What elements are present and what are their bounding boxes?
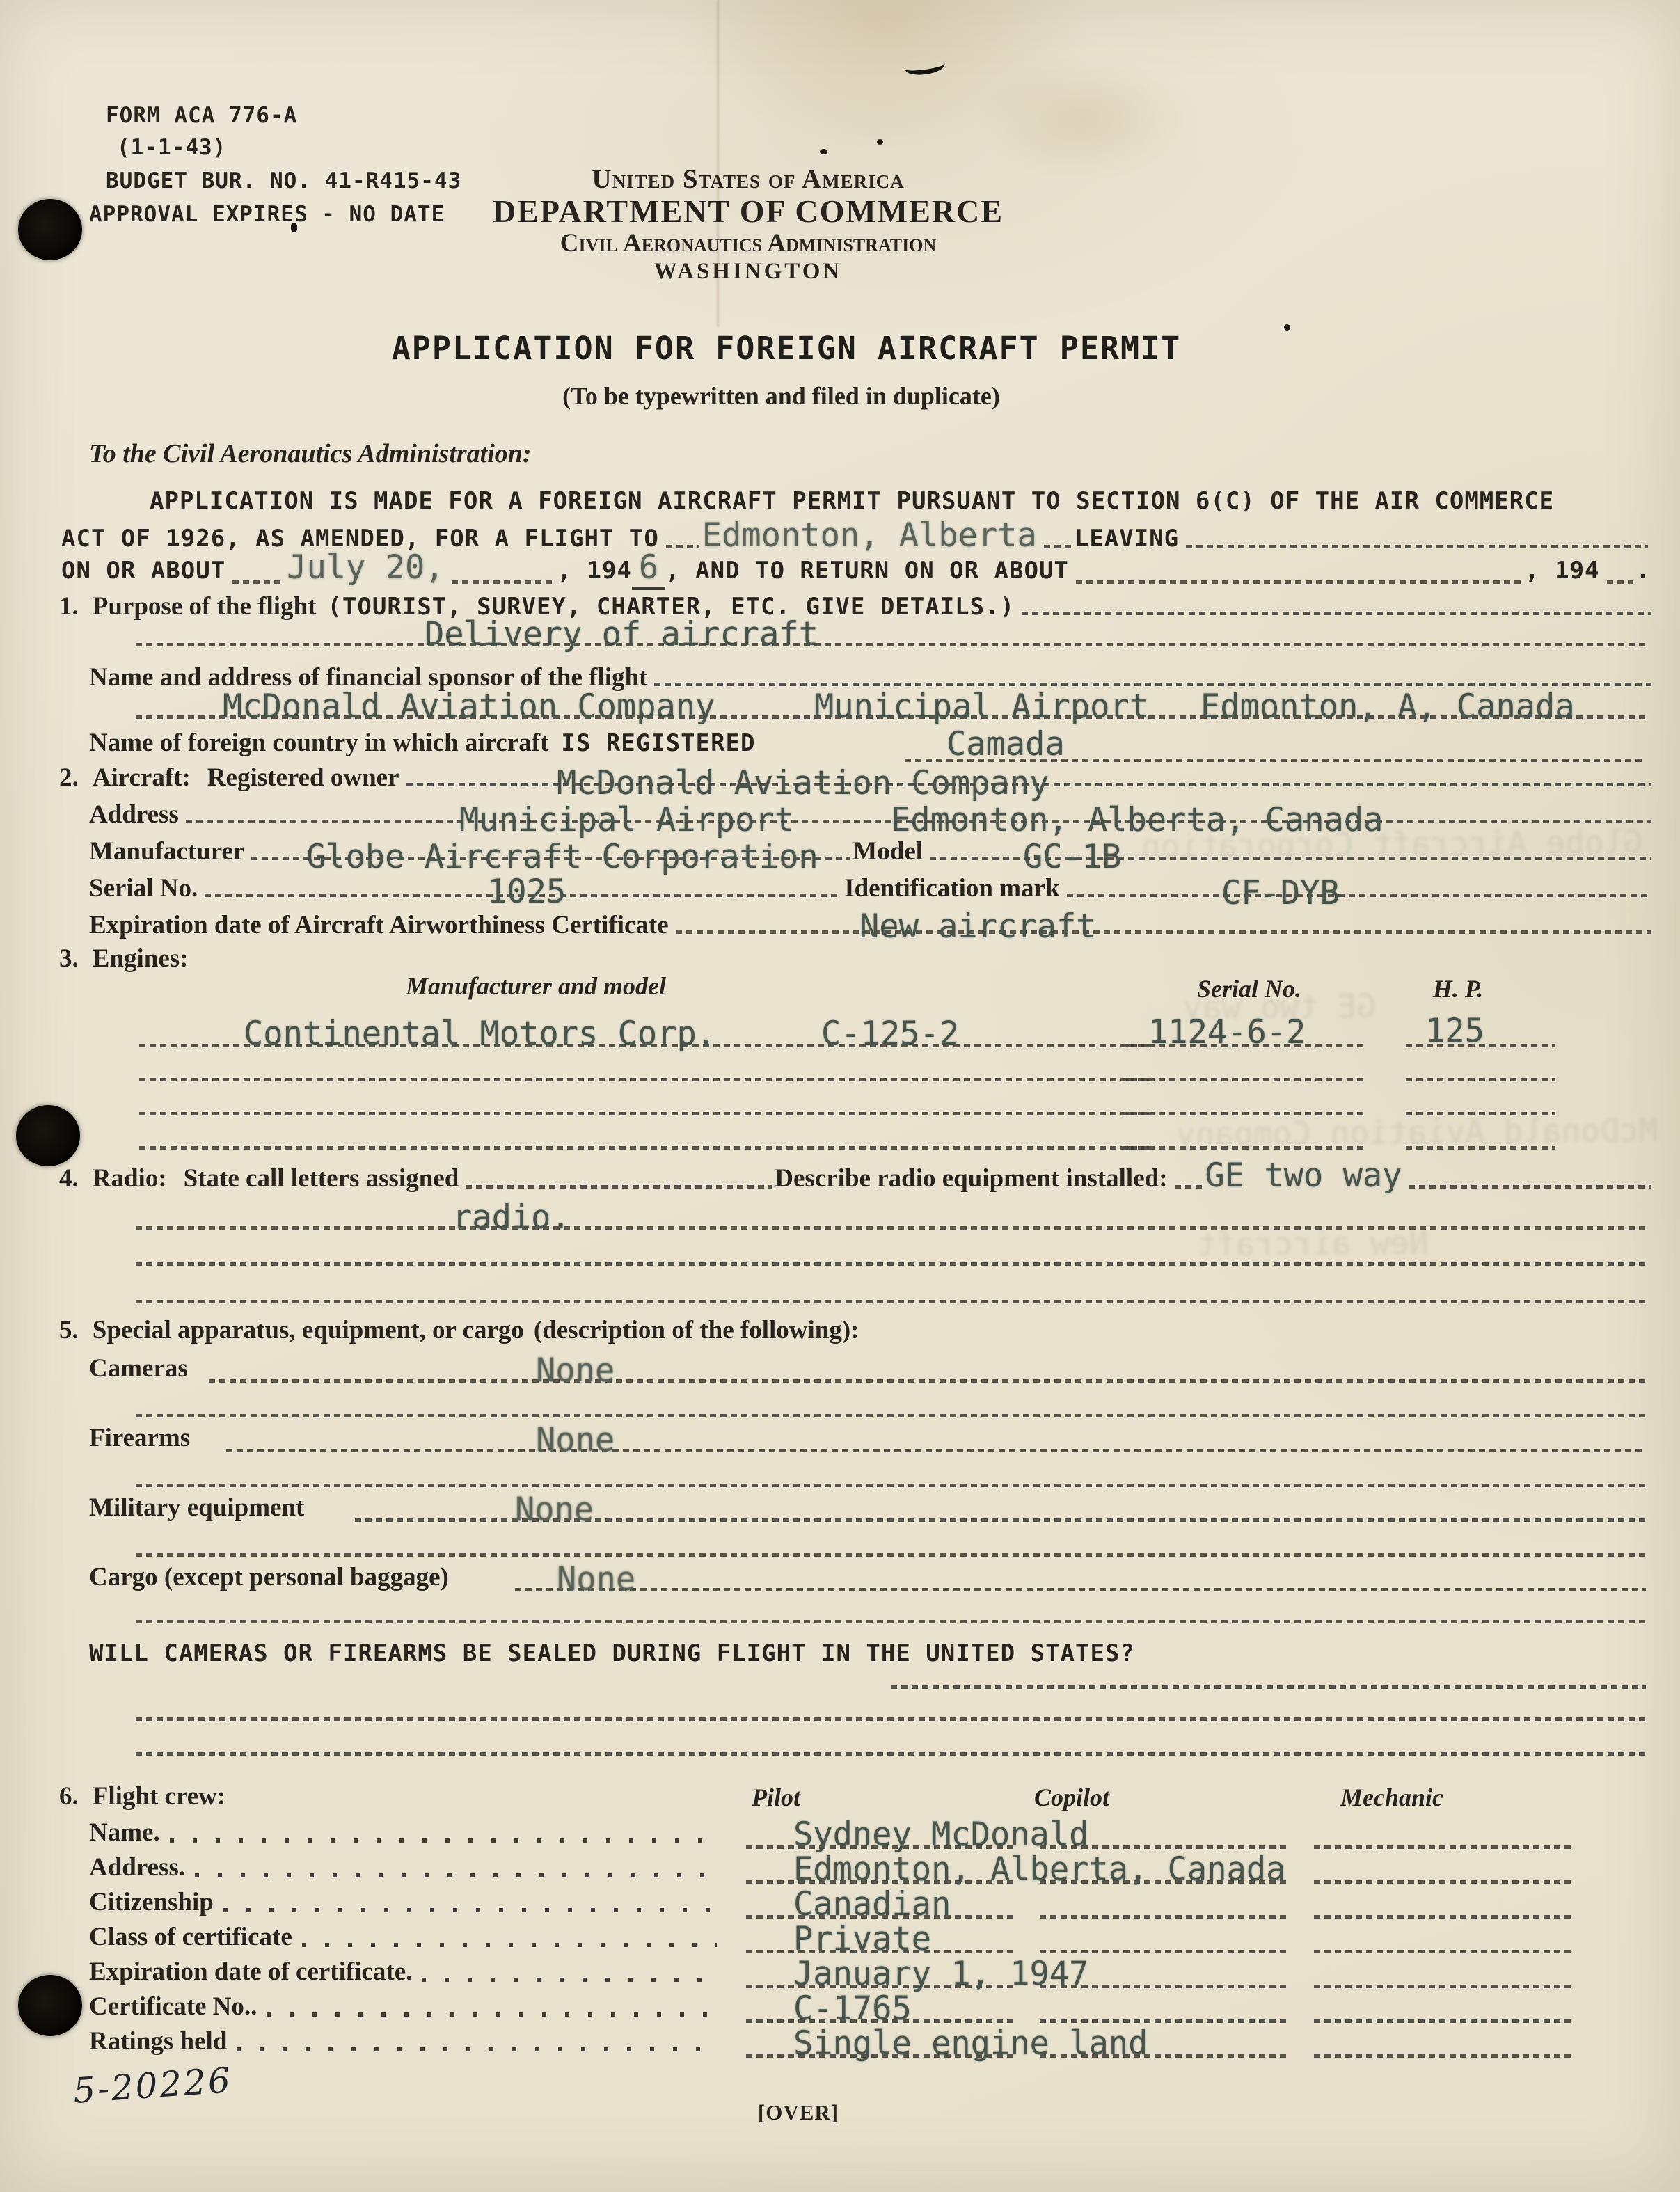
fill-dots: [1067, 894, 1651, 897]
destination-value: Edmonton, Alberta: [702, 516, 1037, 555]
owner-label: Registered owner: [207, 763, 399, 793]
departure-year-digit: 6: [632, 548, 665, 590]
punch-hole-top: [18, 199, 82, 260]
special-label-rest: (description of the following):: [534, 1315, 859, 1345]
crew-name-label: Name.: [89, 1818, 160, 1848]
blank-line: [136, 1414, 1646, 1417]
engine-serial-line: [1127, 1078, 1368, 1081]
crew-col-copilot: Copilot: [1016, 1783, 1127, 1812]
crew-address-label: Address.: [89, 1852, 185, 1882]
scanned-form-page: Globe Aircraft Corporation GE two way Mc…: [0, 0, 1680, 2192]
ink-speck: [291, 223, 297, 232]
engines-heading: 3. Engines:: [59, 944, 189, 974]
engine-row-line: [139, 1146, 1148, 1150]
crew-ratings-label: Ratings held: [89, 2026, 227, 2056]
sponsor-airport-value: Municipal Airport: [814, 688, 1149, 726]
mechanic-line: [1314, 2019, 1571, 2023]
crew-row-label: Ratings held: [89, 2026, 722, 2056]
mechanic-line: [1314, 2054, 1571, 2058]
engines-col-manufacturer: Manufacturer and model: [390, 971, 682, 1001]
agency-header: United States of America DEPARTMENT OF C…: [244, 166, 1253, 283]
leader-dots: [195, 1873, 717, 1877]
crew-col-pilot: Pilot: [724, 1783, 828, 1812]
engine-serial-value: 1124-6-2: [1148, 1013, 1306, 1051]
radio-equipment-value-2: radio.: [452, 1198, 571, 1237]
salutation: To the Civil Aeronautics Administration:: [89, 438, 532, 469]
engines-col-serial: Serial No.: [1176, 974, 1322, 1003]
pilot-citizenship-value: Canadian: [793, 1885, 951, 1923]
fill-dots: [466, 1185, 772, 1189]
fill-dots: [1022, 612, 1651, 615]
cargo-line: [515, 1588, 1646, 1591]
firearms-label: Firearms: [89, 1423, 190, 1453]
engines-label: Engines:: [93, 944, 189, 974]
radio-row: 4. Radio: State call letters assigned De…: [59, 1157, 1654, 1195]
cameras-value: None: [536, 1351, 615, 1390]
intro-line-1: APPLICATION IS MADE FOR A FOREIGN AIRCRA…: [150, 487, 1554, 515]
engine-row-line: [139, 1078, 1148, 1081]
intro-period: .: [1636, 557, 1651, 585]
intro-line-3: ON OR ABOUT July 20, , 194 6 , AND TO RE…: [61, 548, 1651, 590]
purpose-value: Delivery of aircraft: [425, 615, 818, 653]
firearms-value: None: [536, 1421, 615, 1459]
crew-citizenship-label: Citizenship: [89, 1887, 214, 1917]
form-date: (1-1-43): [117, 135, 226, 160]
engine-hp-line: [1406, 1112, 1555, 1115]
aircraft-label: Aircraft:: [93, 763, 191, 793]
owner-value: McDonald Aviation Company: [557, 764, 1049, 802]
special-label: Special apparatus, equipment, or cargo: [93, 1315, 524, 1345]
leader-dots: [237, 2047, 717, 2051]
section5-number: 5.: [59, 1315, 79, 1345]
blank-line: [136, 1300, 1646, 1303]
pilot-certificate-value: C-1765: [793, 1990, 912, 2028]
manufacturer-label: Manufacturer: [89, 836, 244, 866]
copilot-line: [1040, 2019, 1290, 2023]
fill-dots: [232, 580, 284, 584]
radio-equipment-value-1: GE two way: [1205, 1157, 1402, 1195]
military-label: Military equipment: [89, 1493, 304, 1523]
departure-date-value: July 20,: [287, 548, 444, 587]
mechanic-line: [1314, 1915, 1571, 1919]
aircraft-address-row: Address: [89, 800, 1654, 829]
serial-label: Serial No.: [89, 873, 198, 903]
engine-row-line: [139, 1112, 1148, 1115]
blank-line: [136, 1717, 1646, 1721]
ink-speck: [877, 139, 883, 145]
country-label: Name of foreign country in which aircraf…: [89, 728, 548, 758]
leader-dots: [422, 1978, 717, 1982]
fill-dots: [676, 930, 1651, 934]
fill-dots: [1175, 1185, 1203, 1189]
fill-dots: [1076, 580, 1522, 584]
model-value: GC-1B: [1023, 838, 1121, 876]
airworthiness-value: New aircraft: [859, 907, 1096, 946]
pilot-name-value: Sydney McDonald: [793, 1816, 1088, 1854]
section1-number: 1.: [59, 591, 79, 621]
blank-line: [136, 1752, 1646, 1756]
engine-hp-value: 125: [1425, 1012, 1484, 1050]
crew-expiration-label: Expiration date of certificate.: [89, 1957, 412, 1987]
blank-line: [136, 1620, 1646, 1623]
military-value: None: [515, 1491, 594, 1529]
blank-year-underscore: [1607, 580, 1633, 584]
radio-answer-line: [136, 1226, 1646, 1230]
radio-equipment-label: Describe radio equipment installed:: [775, 1163, 1167, 1193]
call-letters-label: State call letters assigned: [184, 1163, 459, 1193]
blank-line: [136, 1553, 1646, 1557]
pilot-address-value: Edmonton, Alberta, Canada: [793, 1850, 1285, 1889]
seal-question: WILL CAMERAS OR FIREARMS BE SEALED DURIN…: [89, 1639, 1135, 1667]
intro-return-label: , AND TO RETURN ON OR ABOUT: [665, 557, 1069, 585]
serial-value: 1025: [487, 873, 566, 911]
leader-dots: [302, 1943, 717, 1947]
blank-line: [136, 1262, 1646, 1266]
mechanic-line: [1314, 1845, 1571, 1849]
crew-row-label: Certificate No..: [89, 1992, 722, 2022]
document-title: APPLICATION FOR FOREIGN AIRCRAFT PERMIT: [0, 330, 1573, 367]
idmark-value: CF-DYB: [1221, 874, 1340, 912]
serial-row: Serial No. Identification mark: [89, 873, 1654, 903]
agency-country: United States of America: [244, 166, 1253, 193]
mechanic-line: [1314, 1950, 1571, 1953]
ink-bleed-ghost: New aircraft: [1197, 1224, 1429, 1264]
country-label-caps: IS REGISTERED: [561, 729, 755, 757]
leader-dots: [223, 1908, 717, 1912]
seal-answer-line: [891, 1685, 1646, 1689]
agency-administration: Civil Aeronautics Administration: [244, 230, 1253, 257]
punch-hole-middle: [16, 1105, 80, 1166]
crew-row-label: Citizenship: [89, 1887, 722, 1917]
idmark-label: Identification mark: [844, 873, 1059, 903]
form-number: FORM ACA 776-A: [106, 103, 297, 128]
section2-number: 2.: [59, 763, 79, 793]
manufacturer-value: Globe Aircraft Corporation: [306, 838, 818, 876]
cameras-label: Cameras: [89, 1353, 188, 1383]
engine-serial-line: [1127, 1112, 1368, 1115]
intro-year-prefix: , 194: [557, 557, 632, 585]
pilot-ratings-value: Single engine land: [793, 2024, 1148, 2063]
special-heading: 5. Special apparatus, equipment, or carg…: [59, 1315, 859, 1345]
sponsor-name-value: McDonald Aviation Company: [223, 688, 715, 726]
intro-on-or-about-label: ON OR ABOUT: [61, 557, 225, 585]
engine-hp-line: [1406, 1146, 1555, 1150]
airworthiness-label: Expiration date of Aircraft Airworthines…: [89, 910, 669, 940]
country-value: Camada: [946, 725, 1065, 763]
engine-serial-line: [1127, 1146, 1368, 1150]
purpose-label: Purpose of the flight: [93, 591, 317, 621]
leader-dots: [170, 1838, 717, 1843]
crew-class-label: Class of certificate: [89, 1922, 292, 1952]
pilot-class-value: Private: [793, 1920, 931, 1958]
mechanic-line: [1314, 1985, 1571, 1988]
punch-hole-bottom: [18, 1975, 82, 2036]
engine-manufacturer-value: Continental Motors Corp.: [244, 1015, 716, 1053]
flight-crew-heading: 6. Flight crew:: [59, 1781, 225, 1811]
crew-row-label: Name.: [89, 1818, 722, 1848]
over-label: [OVER]: [0, 2100, 1596, 2125]
copilot-line: [1040, 1950, 1290, 1953]
crew-row-label: Class of certificate: [89, 1922, 722, 1952]
cargo-value: None: [557, 1560, 635, 1598]
fill-dots: [654, 683, 1651, 686]
purpose-answer-line: [136, 643, 1646, 646]
firearms-line: [226, 1449, 1646, 1452]
address-value-city: Edmonton, Alberta, Canada: [891, 801, 1383, 839]
address-label: Address: [89, 800, 179, 829]
model-label: Model: [853, 836, 923, 866]
cameras-line: [209, 1379, 1646, 1383]
fill-dots: [1409, 1185, 1651, 1189]
agency-department: DEPARTMENT OF COMMERCE: [244, 196, 1253, 228]
address-value-airport: Municipal Airport: [459, 801, 794, 839]
section1-purpose-row: 1. Purpose of the flight (TOURIST, SURVE…: [59, 591, 1654, 621]
crew-col-mechanic: Mechanic: [1333, 1783, 1451, 1812]
crew-row-label: Address.: [89, 1852, 722, 1882]
ink-speck: [1284, 324, 1290, 331]
mechanic-line: [1314, 1880, 1571, 1884]
engine-hp-line: [1406, 1078, 1555, 1081]
intro-year-prefix-2: , 194: [1525, 557, 1599, 585]
ink-mark: [904, 56, 946, 77]
leader-dots: [267, 2012, 717, 2017]
ink-speck: [820, 149, 827, 154]
country-label-row: Name of foreign country in which aircraf…: [89, 728, 756, 758]
flight-crew-label: Flight crew:: [93, 1781, 225, 1811]
crew-row-label: Expiration date of certificate.: [89, 1957, 722, 1987]
pilot-expiration-value: January 1, 1947: [793, 1955, 1088, 1993]
sponsor-location-value: Edmonton, A, Canada: [1200, 688, 1575, 726]
section6-number: 6.: [59, 1781, 79, 1811]
agency-city: WASHINGTON: [244, 260, 1253, 284]
section4-number: 4.: [59, 1163, 79, 1193]
copilot-line: [1040, 1915, 1290, 1919]
crew-certificate-label: Certificate No..: [89, 1992, 257, 2022]
blank-line: [136, 1484, 1646, 1487]
engine-model-value: C-125-2: [821, 1015, 959, 1053]
fill-dots: [452, 580, 555, 584]
section3-number: 3.: [59, 944, 79, 974]
document-subtitle: (To be typewritten and filed in duplicat…: [0, 381, 1562, 411]
radio-label: Radio:: [93, 1163, 167, 1193]
cargo-label: Cargo (except personal baggage): [89, 1562, 449, 1592]
engines-col-hp: H. P.: [1413, 974, 1503, 1003]
